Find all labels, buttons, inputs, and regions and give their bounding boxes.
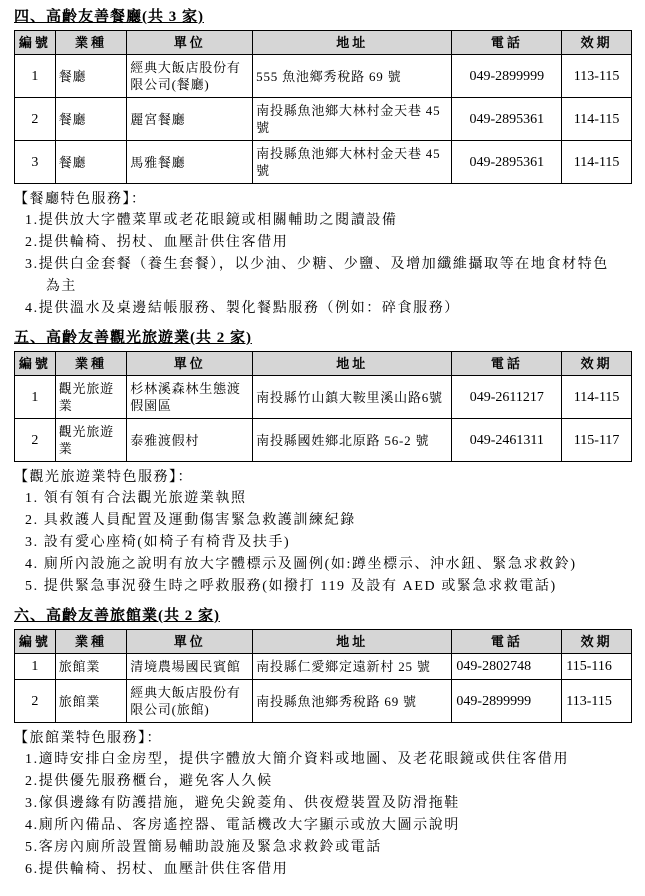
table-cell: 049-2895361: [452, 98, 562, 141]
table-row: 2餐廳麗宮餐廳南投縣魚池鄉大林村金天巷 45 號049-2895361114-1…: [15, 98, 632, 141]
column-header: 地址: [253, 352, 452, 376]
service-item: 2.提供優先服務櫃台，避免客人久候: [25, 771, 632, 793]
column-header: 編號: [15, 31, 56, 55]
column-header: 效期: [562, 31, 632, 55]
hotels-table: 編號業種單位地址電話效期1旅館業清境農場國民賓館南投縣仁愛鄉定遠新村 25 號0…: [14, 629, 632, 723]
service-item: 1.適時安排白金房型，提供字體放大簡介資料或地圖、及老花眼鏡或供住客借用: [25, 749, 632, 771]
hotels-services-heading: 【旅館業特色服務】：: [14, 728, 632, 749]
table-cell: 餐廳: [55, 98, 127, 141]
table-header-row: 編號業種單位地址電話效期: [15, 630, 632, 654]
table-cell: 旅館業: [55, 680, 127, 723]
table-cell: 114-115: [562, 141, 632, 184]
restaurants-services-list: 1.提供放大字體菜單或老花眼鏡或相關輔助之閱讀設備2.提供輪椅、拐杖、血壓計供住…: [14, 210, 632, 320]
table-cell: 泰雅渡假村: [127, 419, 253, 462]
service-item: 1.提供放大字體菜單或老花眼鏡或相關輔助之閱讀設備: [25, 210, 632, 232]
service-item: 3.提供白金套餐（養生套餐），以少油、少糖、少鹽、及增加纖維攝取等在地食材特色 …: [25, 254, 632, 298]
service-item: 1. 領有領有合法觀光旅遊業執照: [25, 488, 632, 510]
table-cell: 555 魚池鄉秀稅路 69 號: [253, 55, 452, 98]
column-header: 電話: [452, 630, 562, 654]
service-item: 2. 具救護人員配置及運動傷害緊急救護訓練紀錄: [25, 510, 632, 532]
table-cell: 2: [15, 419, 56, 462]
table-cell: 114-115: [562, 98, 632, 141]
table-cell: 南投縣竹山鎮大鞍里溪山路6號: [253, 376, 452, 419]
column-header: 編號: [15, 630, 56, 654]
tourism-services-heading: 【觀光旅遊業特色服務】：: [14, 467, 632, 488]
hotels-services-list: 1.適時安排白金房型，提供字體放大簡介資料或地圖、及老花眼鏡或供住客借用2.提供…: [14, 749, 632, 881]
table-cell: 1: [15, 376, 56, 419]
service-item: 4.廁所內備品、客房遙控器、電話機改大字顯示或放大圖示說明: [25, 815, 632, 837]
table-cell: 115-117: [562, 419, 632, 462]
table-cell: 114-115: [562, 376, 632, 419]
column-header: 業種: [55, 31, 127, 55]
table-cell: 3: [15, 141, 56, 184]
table-cell: 049-2461311: [452, 419, 562, 462]
table-cell: 049-2895361: [452, 141, 562, 184]
tourism-services-list: 1. 領有領有合法觀光旅遊業執照2. 具救護人員配置及運動傷害緊急救護訓練紀錄3…: [14, 488, 632, 598]
table-cell: 杉林溪森林生態渡假園區: [127, 376, 253, 419]
service-item: 2.提供輪椅、拐杖、血壓計供住客借用: [25, 232, 632, 254]
table-cell: 南投縣魚池鄉大林村金天巷 45 號: [253, 98, 452, 141]
column-header: 效期: [562, 352, 632, 376]
table-row: 1餐廳經典大飯店股份有限公司(餐廳)555 魚池鄉秀稅路 69 號049-289…: [15, 55, 632, 98]
section-restaurants-title: 四、高齡友善餐廳(共 3 家): [14, 8, 632, 27]
table-cell: 049-2611217: [452, 376, 562, 419]
table-row: 2觀光旅遊業泰雅渡假村南投縣國姓鄉北原路 56-2 號049-246131111…: [15, 419, 632, 462]
table-cell: 清境農場國民賓館: [127, 654, 253, 680]
column-header: 電話: [452, 352, 562, 376]
service-item: 4.提供溫水及桌邊結帳服務、製化餐點服務（例如：碎食服務）: [25, 298, 632, 320]
table-cell: 餐廳: [55, 141, 127, 184]
table-cell: 1: [15, 55, 56, 98]
table-cell: 經典大飯店股份有限公司(旅館): [127, 680, 253, 723]
table-cell: 麗宮餐廳: [127, 98, 253, 141]
service-item: 4. 廁所內設施之說明有放大字體標示及圖例(如:蹲坐標示、沖水鈕、緊急求救鈴): [25, 554, 632, 576]
table-row: 1旅館業清境農場國民賓館南投縣仁愛鄉定遠新村 25 號049-280274811…: [15, 654, 632, 680]
table-cell: 2: [15, 680, 56, 723]
column-header: 地址: [253, 630, 452, 654]
table-cell: 南投縣仁愛鄉定遠新村 25 號: [253, 654, 452, 680]
table-cell: 113-115: [562, 680, 632, 723]
column-header: 地址: [253, 31, 452, 55]
table-cell: 115-116: [562, 654, 632, 680]
table-header-row: 編號業種單位地址電話效期: [15, 352, 632, 376]
table-row: 1觀光旅遊業杉林溪森林生態渡假園區南投縣竹山鎮大鞍里溪山路6號049-26112…: [15, 376, 632, 419]
table-cell: 南投縣魚池鄉秀稅路 69 號: [253, 680, 452, 723]
restaurants-services-heading: 【餐廳特色服務】：: [14, 189, 632, 210]
table-cell: 旅館業: [55, 654, 127, 680]
table-cell: 049-2899999: [452, 55, 562, 98]
column-header: 業種: [55, 630, 127, 654]
column-header: 單位: [127, 31, 253, 55]
column-header: 單位: [127, 630, 253, 654]
column-header: 單位: [127, 352, 253, 376]
service-item: 3. 設有愛心座椅(如椅子有椅背及扶手): [25, 532, 632, 554]
column-header: 編號: [15, 352, 56, 376]
service-item: 5.客房內廁所設置簡易輔助設施及緊急求救鈴或電話: [25, 837, 632, 859]
table-cell: 觀光旅遊業: [55, 419, 127, 462]
table-cell: 南投縣國姓鄉北原路 56-2 號: [253, 419, 452, 462]
section-tourism-title: 五、高齡友善觀光旅遊業(共 2 家): [14, 329, 632, 348]
column-header: 效期: [562, 630, 632, 654]
table-cell: 經典大飯店股份有限公司(餐廳): [127, 55, 253, 98]
section-hotels: 六、高齡友善旅館業(共 2 家) 編號業種單位地址電話效期1旅館業清境農場國民賓…: [14, 607, 632, 881]
table-cell: 049-2802748: [452, 654, 562, 680]
table-cell: 觀光旅遊業: [55, 376, 127, 419]
tourism-table: 編號業種單位地址電話效期1觀光旅遊業杉林溪森林生態渡假園區南投縣竹山鎮大鞍里溪山…: [14, 351, 632, 462]
table-row: 3餐廳馬雅餐廳南投縣魚池鄉大林村金天巷 45 號049-2895361114-1…: [15, 141, 632, 184]
service-item: 6.提供輪椅、拐杖、血壓計供住客借用: [25, 859, 632, 881]
table-cell: 049-2899999: [452, 680, 562, 723]
table-cell: 馬雅餐廳: [127, 141, 253, 184]
table-cell: 餐廳: [55, 55, 127, 98]
restaurants-table: 編號業種單位地址電話效期1餐廳經典大飯店股份有限公司(餐廳)555 魚池鄉秀稅路…: [14, 30, 632, 184]
table-cell: 南投縣魚池鄉大林村金天巷 45 號: [253, 141, 452, 184]
service-item: 3.傢俱邊緣有防護措施，避免尖銳菱角、供夜燈裝置及防滑拖鞋: [25, 793, 632, 815]
section-hotels-title: 六、高齡友善旅館業(共 2 家): [14, 607, 632, 626]
service-item: 5. 提供緊急事況發生時之呼救服務(如撥打 119 及設有 AED 或緊急求救電…: [25, 576, 632, 598]
table-row: 2旅館業經典大飯店股份有限公司(旅館)南投縣魚池鄉秀稅路 69 號049-289…: [15, 680, 632, 723]
document-page: 四、高齡友善餐廳(共 3 家) 編號業種單位地址電話效期1餐廳經典大飯店股份有限…: [0, 0, 645, 896]
column-header: 電話: [452, 31, 562, 55]
section-restaurants: 四、高齡友善餐廳(共 3 家) 編號業種單位地址電話效期1餐廳經典大飯店股份有限…: [14, 8, 632, 320]
table-cell: 113-115: [562, 55, 632, 98]
table-header-row: 編號業種單位地址電話效期: [15, 31, 632, 55]
table-cell: 2: [15, 98, 56, 141]
column-header: 業種: [55, 352, 127, 376]
table-cell: 1: [15, 654, 56, 680]
section-tourism: 五、高齡友善觀光旅遊業(共 2 家) 編號業種單位地址電話效期1觀光旅遊業杉林溪…: [14, 329, 632, 598]
